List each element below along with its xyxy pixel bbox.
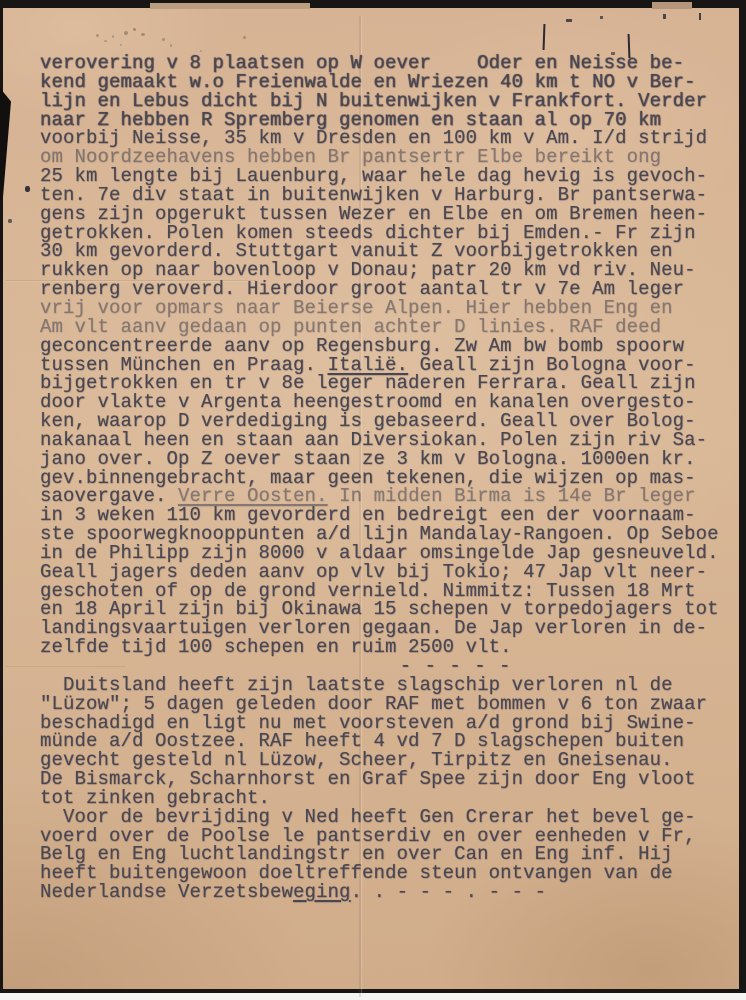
typewritten-lines: verovering v 8 plaatsen op W oever Oder … [40, 54, 742, 902]
pencil-mark [124, 31, 128, 35]
text-segment: om Noordzeehavens hebben Br pantsertr El… [40, 146, 661, 168]
pencil-mark [243, 36, 246, 39]
pencil-mark [112, 35, 114, 38]
underlined-heading: Verre Oosten. [178, 485, 328, 507]
ink-speck [8, 219, 12, 223]
ink-mark [699, 13, 701, 20]
text-line: Am vlt aanv gedaan op punten achter D li… [40, 318, 742, 337]
text-segment: In midden Birma is 14e Br leger [328, 485, 696, 507]
underlined-heading: eging [293, 881, 351, 903]
text-segment: . . - - - . - - - [351, 881, 547, 903]
paper-torn-edge [652, 2, 692, 9]
ink-mark [566, 19, 572, 22]
pencil-mark [120, 44, 122, 46]
text-line: om Noordzeehavens hebben Br pantsertr El… [40, 148, 742, 167]
pencil-mark [141, 33, 145, 36]
ink-mark [600, 16, 603, 19]
pencil-mark [133, 28, 136, 31]
text-line: Nederlandse Verzetsbeweging. . - - - . -… [40, 883, 742, 902]
ink-speck [25, 186, 30, 192]
paper-torn-edge [150, 3, 310, 9]
text-segment: Nederlandse Verzetsbew [40, 881, 293, 903]
pencil-mark [104, 40, 107, 42]
text-segment: Am vlt aanv gedaan op punten achter D li… [40, 316, 661, 338]
pencil-mark [162, 38, 165, 41]
pencil-mark [170, 44, 172, 47]
pencil-mark [96, 34, 99, 37]
ink-mark [663, 14, 666, 19]
scan-canvas: { "colors": { "paper": "#d6b394", "ink":… [0, 0, 746, 1000]
